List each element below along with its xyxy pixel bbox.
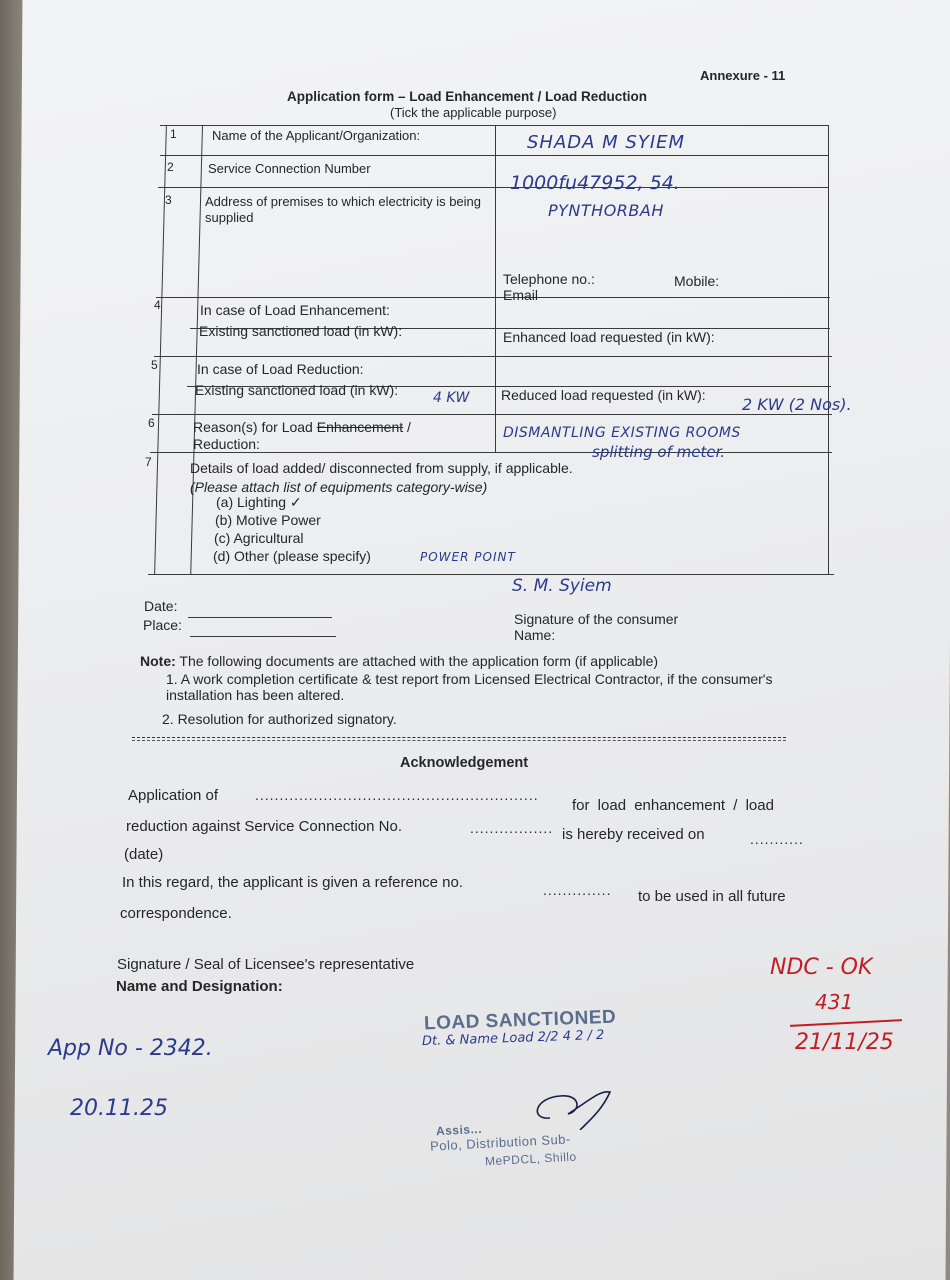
- applicant-name-value: SHADA M SYIEM: [527, 132, 685, 153]
- paper-sheet: [14, 0, 950, 1280]
- load-item-other: (d) Other (please specify): [213, 548, 371, 564]
- address-value: PYNTHORBAH: [548, 201, 664, 220]
- load-other-value: POWER POINT: [420, 550, 516, 564]
- note-item: 1. A work completion certificate & test …: [166, 671, 826, 703]
- ack-dots: ..............: [543, 882, 611, 898]
- ack-line4b: to be used in all future: [638, 888, 786, 905]
- ack-line1a: Application of: [128, 787, 218, 804]
- ack-line4a: In this regard, the applicant is given a…: [122, 874, 463, 891]
- ndc-number: 431: [815, 990, 853, 1014]
- row-number: 5: [151, 358, 158, 372]
- enhanced-load-label: Enhanced load requested (in kW):: [503, 329, 715, 345]
- ack-dots: ........................................…: [255, 787, 539, 803]
- service-connection-value: 1000fu47952, 54.: [510, 172, 680, 194]
- place-label: Place:: [143, 617, 182, 633]
- note-text: Note: The following documents are attach…: [140, 653, 658, 669]
- ack-line2a: reduction against Service Connection No.: [126, 818, 402, 835]
- ndc-ok-note: NDC - OK: [770, 955, 872, 980]
- reduction-existing-load-label: Existing sanctioned load (in kW):: [195, 382, 398, 398]
- row-number: 6: [148, 416, 155, 430]
- row-number: 2: [167, 160, 174, 174]
- ack-dots: .................: [470, 820, 553, 836]
- application-date: 20.11.25: [70, 1096, 168, 1121]
- load-item-agricultural: (c) Agricultural: [214, 530, 303, 546]
- load-item-motive-power: (b) Motive Power: [215, 512, 321, 528]
- dashed-divider: [132, 737, 786, 738]
- ack-line3: (date): [124, 846, 163, 863]
- address-label: Address of premises to which electricity…: [205, 194, 485, 226]
- ack-line5: correspondence.: [120, 905, 232, 922]
- form-title: Application form – Load Enhancement / Lo…: [287, 89, 647, 104]
- mobile-label: Mobile:: [674, 273, 719, 289]
- load-item-lighting: (a) Lighting ✓: [216, 494, 302, 511]
- note-heading: Note:: [140, 653, 176, 669]
- annexure-label: Annexure - 11: [700, 68, 785, 83]
- reason-label: Reason(s) for Load Enhancement /Reductio…: [193, 419, 463, 453]
- reduction-label: In case of Load Reduction:: [197, 361, 364, 377]
- enhancement-existing-load-label: Existing sanctioned load (in kW):: [199, 323, 402, 339]
- reduced-load-value: 2 KW (2 Nos).: [742, 395, 852, 414]
- telephone-label: Telephone no.:: [503, 271, 595, 287]
- reason-value: DISMANTLING EXISTING ROOMS: [503, 425, 741, 441]
- enhancement-label: In case of Load Enhancement:: [200, 302, 390, 318]
- reduced-load-label: Reduced load requested (in kW):: [501, 387, 706, 403]
- form-subtitle: (Tick the applicable purpose): [390, 105, 556, 120]
- row-number: 7: [145, 455, 152, 469]
- ack-dots: ...........: [750, 831, 804, 847]
- name-label: Name:: [514, 627, 555, 643]
- ack-line1b: for load enhancement / load: [572, 797, 774, 814]
- reduction-existing-load-value: 4 KW: [433, 390, 469, 406]
- licensee-signature-label: Signature / Seal of Licensee's represent…: [117, 956, 414, 973]
- row-number: 1: [170, 127, 177, 141]
- applicant-name-label: Name of the Applicant/Organization:: [212, 128, 420, 143]
- load-details-note: (Please attach list of equipments catego…: [190, 479, 487, 495]
- ack-line2b: is hereby received on: [562, 826, 705, 843]
- reason-value-2: splitting of meter.: [592, 443, 725, 461]
- email-label: Email: [503, 287, 538, 303]
- consumer-signature: S. M. Syiem: [512, 576, 612, 596]
- service-connection-label: Service Connection Number: [208, 161, 371, 176]
- acknowledgement-title: Acknowledgement: [400, 755, 528, 771]
- load-details-label: Details of load added/ disconnected from…: [190, 460, 573, 476]
- note-item: 2. Resolution for authorized signatory.: [162, 711, 397, 727]
- ndc-date: 21/11/25: [795, 1030, 894, 1055]
- note-body: The following documents are attached wit…: [179, 653, 658, 669]
- row-number: 3: [165, 193, 172, 207]
- application-number: App No - 2342.: [48, 1036, 213, 1061]
- date-label: Date:: [144, 598, 177, 614]
- officer-signature: [520, 1080, 600, 1120]
- signature-label: Signature of the consumer: [514, 611, 678, 627]
- row-number: 4: [154, 298, 161, 312]
- designation-label: Name and Designation:: [116, 978, 283, 995]
